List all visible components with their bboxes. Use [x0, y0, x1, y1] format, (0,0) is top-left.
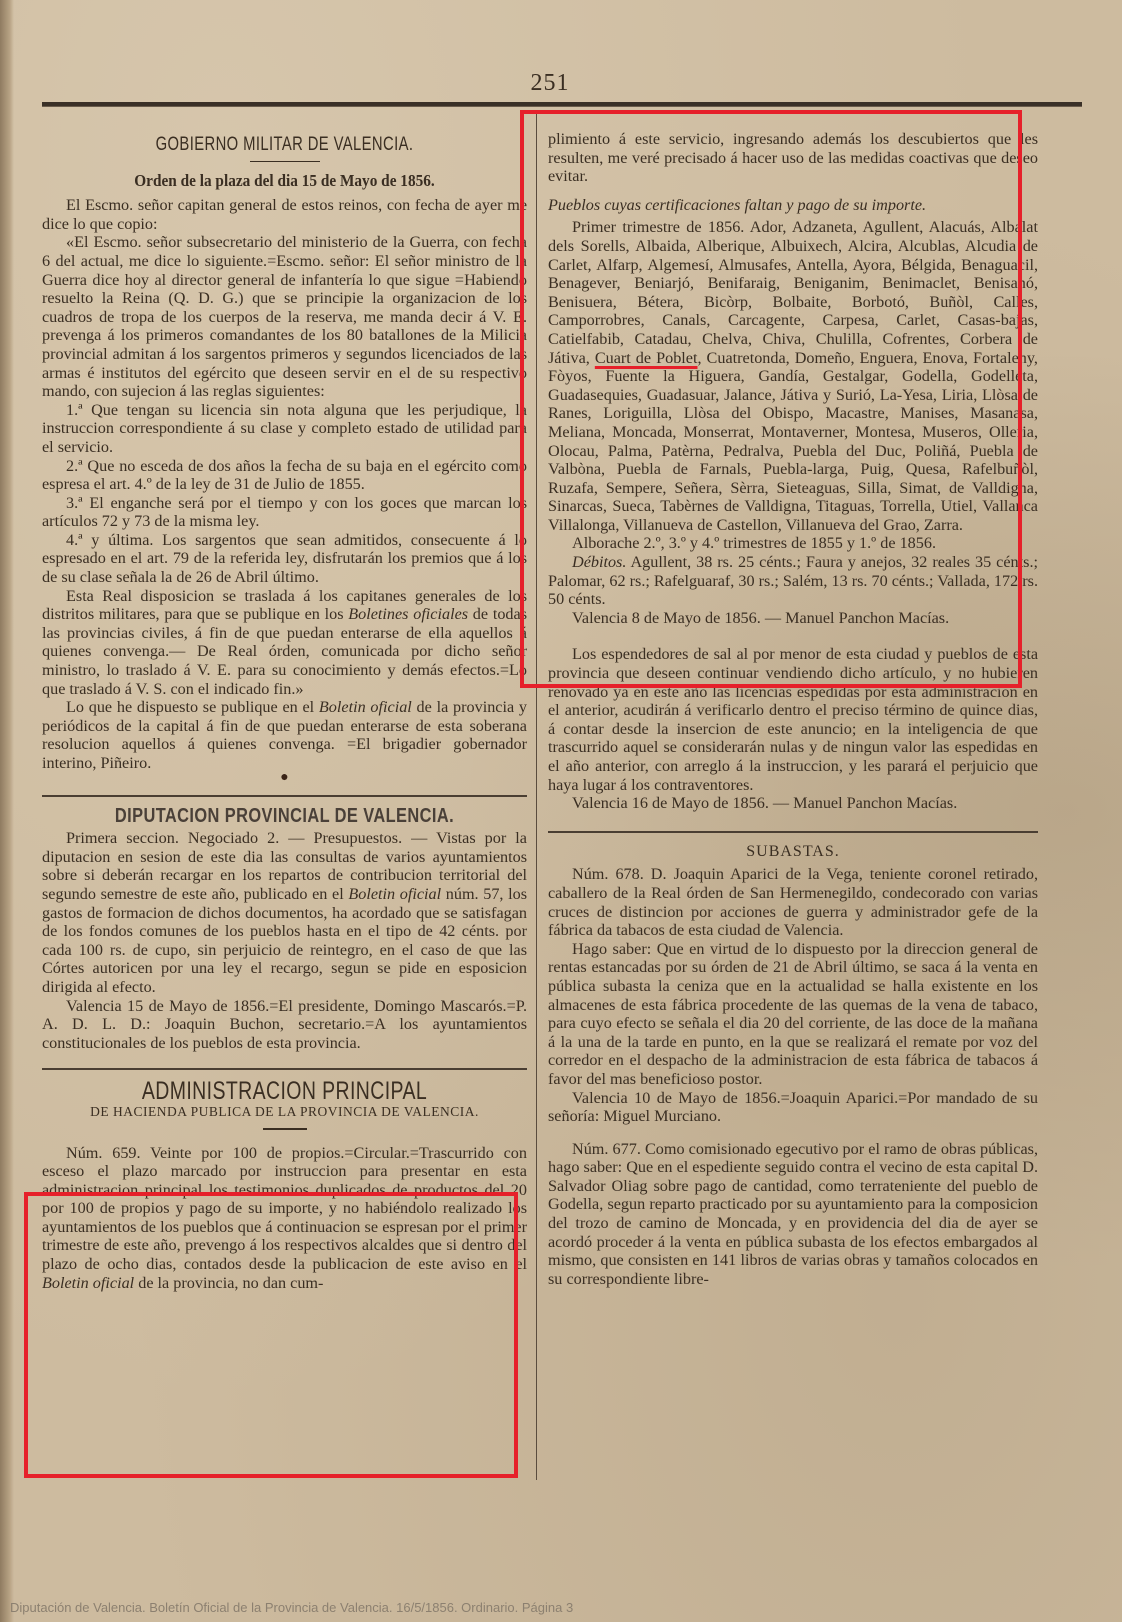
section-divider [42, 795, 527, 797]
paragraph-hago-saber: Hago saber: Que en virtud de lo dispuest… [548, 940, 1038, 1089]
gobierno-militar-section: GOBIERNO MILITAR DE VALENCIA. Orden de l… [42, 136, 527, 783]
debitos-paragraph: Débitos. Agullent, 38 rs. 25 cénts.; Fau… [548, 553, 1038, 609]
right-column: plimiento á este servicio, ingresando ad… [548, 130, 1038, 1288]
signature-16-mayo: Valencia 16 de Mayo de 1856. — Manuel Pa… [548, 794, 1038, 813]
subastas-section: SUBASTAS. Núm. 678. D. Joaquin Aparici d… [548, 843, 1038, 1289]
section-title-diputacion: DIPUTACION PROVINCIAL DE VALENCIA. [86, 807, 484, 826]
rule-3: 3.ª El enganche será por el tiempo y con… [42, 494, 527, 531]
header-rule [42, 102, 1082, 107]
paragraph-real-disposicion: Esta Real disposicion se traslada á los … [42, 587, 527, 699]
section-title-administracion: ADMINISTRACION PRINCIPAL [95, 1082, 473, 1101]
paragraph-num-678: Núm. 678. D. Joaquin Aparici de la Vega,… [548, 865, 1038, 939]
ink-blot: ● [42, 773, 527, 783]
section-divider [548, 831, 1038, 833]
text: , Cuatretonda, Domeño, Enguera, Enova, F… [548, 349, 1038, 534]
text: Lo que he dispuesto se publique en el [66, 698, 319, 716]
page-number: 251 [0, 70, 1100, 97]
pueblos-heading: Pueblos cuyas certificaciones faltan y p… [548, 196, 1038, 215]
section-title-gobierno: GOBIERNO MILITAR DE VALENCIA. [95, 136, 473, 155]
spacer [548, 627, 1038, 645]
text: Núm. 659. Veinte por 100 de propios.=Cir… [42, 1144, 527, 1274]
rule-2: 2.ª Que no esceda de dos años la fecha d… [42, 457, 527, 494]
paragraph: El Escmo. señor capitan general de estos… [42, 196, 527, 233]
section-title-subastas: SUBASTAS. [548, 843, 1038, 862]
rule-4: 4.ª y última. Los sargentos que sean adm… [42, 531, 527, 587]
left-column: GOBIERNO MILITAR DE VALENCIA. Orden de l… [42, 128, 527, 1292]
alborache-line: Alborache 2.º, 3.º y 4.º trimestres de 1… [548, 534, 1038, 553]
italic-text: Boletines oficiales [348, 605, 468, 623]
column-divider [536, 110, 537, 1480]
title-rule [263, 1128, 307, 1130]
spacer [548, 1126, 1038, 1140]
paragraph-num-659: Núm. 659. Veinte por 100 de propios.=Cir… [42, 1144, 527, 1293]
paragraph-num-677: Núm. 677. Como comisionado egecutivo por… [548, 1140, 1038, 1289]
page-binding-edge [0, 0, 14, 1622]
highlighted-town-cuart-de-poblet: Cuart de Poblet [595, 349, 698, 367]
paragraph-sal: Los espendedores de sal al por menor de … [548, 645, 1038, 794]
paragraph-final: Lo que he dispuesto se publique en el Bo… [42, 698, 527, 772]
pueblos-list: Primer trimestre de 1856. Ador, Adzaneta… [548, 218, 1038, 534]
section-divider [42, 1068, 527, 1070]
italic-text: Boletin oficial [42, 1274, 134, 1292]
italic-text: Boletin oficial [348, 885, 441, 903]
administracion-section: ADMINISTRACION PRINCIPAL DE HACIENDA PUB… [42, 1082, 527, 1292]
italic-text: Boletin oficial [319, 698, 412, 716]
paragraph: «El Escmo. señor subsecretario del minis… [42, 233, 527, 400]
text: de la provincia, no dan cum- [134, 1274, 323, 1292]
orden-subtitle: Orden de la plaza del dia 15 de Mayo de … [66, 172, 503, 191]
paragraph-presupuestos: Primera seccion. Negociado 2. — Presupue… [42, 829, 527, 996]
paragraph-continuation: plimiento á este servicio, ingresando ad… [548, 130, 1038, 186]
rule-1: 1.ª Que tengan su licencia sin nota algu… [42, 401, 527, 457]
signature-10-mayo: Valencia 10 de Mayo de 1856.=Joaquin Apa… [548, 1089, 1038, 1126]
diputacion-section: DIPUTACION PROVINCIAL DE VALENCIA. Prime… [42, 807, 527, 1053]
signature-8-mayo: Valencia 8 de Mayo de 1856. — Manuel Pan… [548, 609, 1038, 628]
section-subtitle-hacienda: DE HACIENDA PUBLICA DE LA PROVINCIA DE V… [42, 1103, 527, 1122]
text: Primer trimestre de 1856. Ador, Adzaneta… [548, 218, 1038, 366]
title-rule [250, 161, 320, 162]
italic-label: Débitos. [572, 553, 626, 571]
paragraph-signature: Valencia 15 de Mayo de 1856.=El presiden… [42, 997, 527, 1053]
footer-citation: Diputación de Valencia. Boletín Oficial … [10, 1600, 573, 1615]
